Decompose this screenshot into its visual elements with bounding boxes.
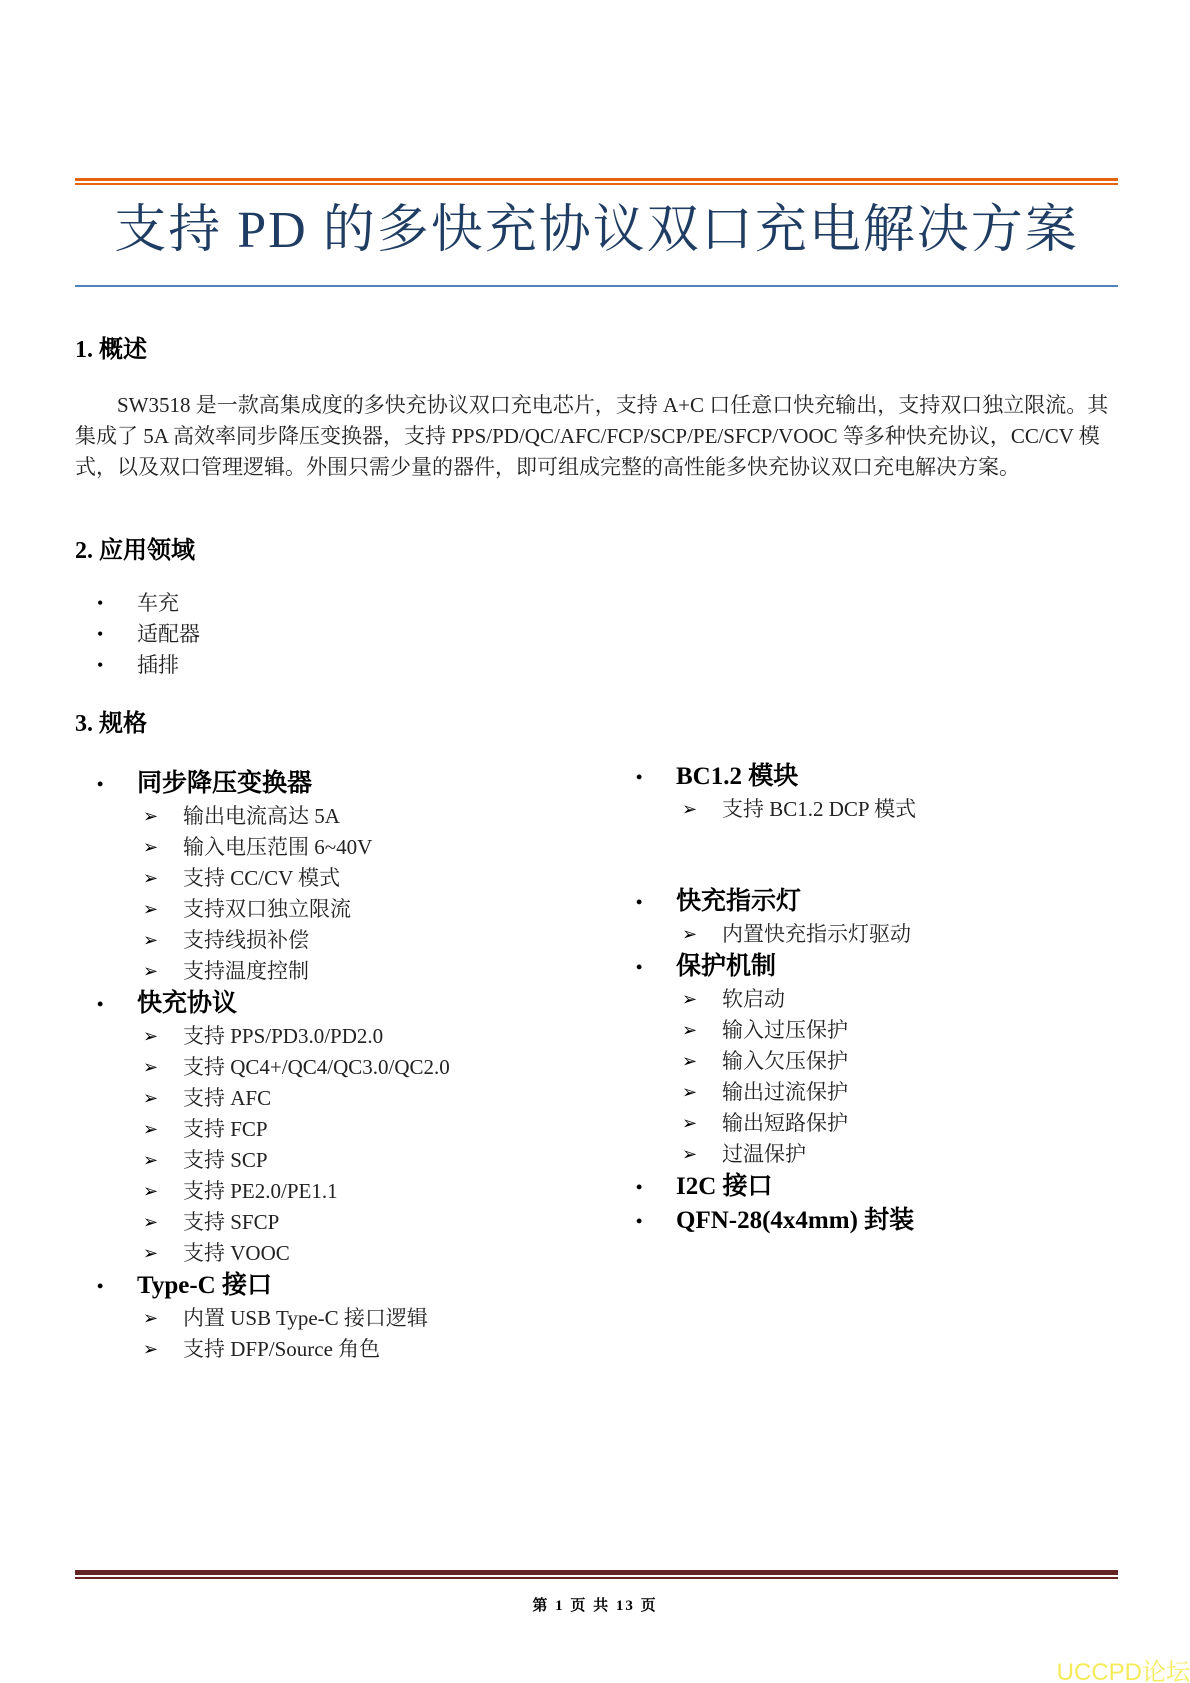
header-rule-thin	[75, 183, 1118, 185]
applications-list: •车充 •适配器 •插排	[97, 588, 497, 681]
bullet-icon: •	[636, 760, 642, 794]
arrow-bullet-icon: ➢	[143, 1176, 158, 1207]
section-heading-overview: 1. 概述	[75, 335, 147, 365]
title-underline	[75, 285, 1118, 287]
list-item: •适配器	[97, 619, 497, 650]
spec-group-package: •QFN-28(4x4mm) 封装	[636, 1204, 1116, 1238]
section-heading-specs: 3. 规格	[75, 709, 147, 739]
bullet-icon: •	[636, 950, 642, 984]
list-item: ➢支持 SCP	[97, 1145, 577, 1176]
spec-group-bc12: •BC1.2 模块	[636, 760, 1116, 794]
bullet-icon: •	[97, 987, 103, 1021]
spacer	[636, 825, 1116, 885]
spec-group-indicator: •快充指示灯	[636, 885, 1116, 919]
list-item: ➢过温保护	[636, 1139, 1116, 1170]
list-item: ➢支持 QC4+/QC4/QC3.0/QC2.0	[97, 1052, 577, 1083]
document-title: 支持 PD 的多快充协议双口充电解决方案	[75, 196, 1118, 266]
overview-text: SW3518 是一款高集成度的多快充协议双口充电芯片，支持 A+C 口任意口快充…	[75, 393, 1108, 479]
arrow-bullet-icon: ➢	[682, 919, 697, 950]
list-item: ➢内置快充指示灯驱动	[636, 919, 1116, 950]
page-number: 第 1 页 共 13 页	[0, 1594, 1190, 1615]
list-item: •车充	[97, 588, 497, 619]
list-item: ➢输入过压保护	[636, 1015, 1116, 1046]
arrow-bullet-icon: ➢	[143, 832, 158, 863]
list-item: ➢支持 FCP	[97, 1114, 577, 1145]
list-item: ➢输出过流保护	[636, 1077, 1116, 1108]
arrow-bullet-icon: ➢	[682, 1108, 697, 1139]
list-item: ➢支持 AFC	[97, 1083, 577, 1114]
list-item: ➢软启动	[636, 984, 1116, 1015]
arrow-bullet-icon: ➢	[682, 1139, 697, 1170]
watermark: UCCPD论坛	[1057, 1652, 1190, 1683]
list-item: ➢输入欠压保护	[636, 1046, 1116, 1077]
specs-left-column: •同步降压变换器 ➢输出电流高达 5A ➢输入电压范围 6~40V ➢支持 CC…	[97, 767, 577, 1365]
bullet-icon: •	[97, 650, 103, 681]
bullet-icon: •	[97, 1269, 103, 1303]
bullet-icon: •	[97, 619, 103, 650]
spec-group-buck: •同步降压变换器	[97, 767, 577, 801]
header-rule-thick	[75, 178, 1118, 181]
list-item: ➢支持 CC/CV 模式	[97, 863, 577, 894]
arrow-bullet-icon: ➢	[143, 801, 158, 832]
bullet-icon: •	[636, 885, 642, 919]
arrow-bullet-icon: ➢	[143, 1238, 158, 1269]
footer-rule-thin	[75, 1577, 1118, 1579]
arrow-bullet-icon: ➢	[143, 925, 158, 956]
overview-paragraph: SW3518 是一款高集成度的多快充协议双口充电芯片，支持 A+C 口任意口快充…	[75, 390, 1120, 483]
list-item: ➢输入电压范围 6~40V	[97, 832, 577, 863]
arrow-bullet-icon: ➢	[143, 863, 158, 894]
arrow-bullet-icon: ➢	[143, 1052, 158, 1083]
arrow-bullet-icon: ➢	[143, 1114, 158, 1145]
arrow-bullet-icon: ➢	[143, 1334, 158, 1365]
arrow-bullet-icon: ➢	[682, 1015, 697, 1046]
list-item: ➢支持温度控制	[97, 956, 577, 987]
specs-right-column: •BC1.2 模块 ➢支持 BC1.2 DCP 模式 •快充指示灯 ➢内置快充指…	[636, 760, 1116, 1238]
list-item: ➢内置 USB Type-C 接口逻辑	[97, 1303, 577, 1334]
list-item: ➢输出电流高达 5A	[97, 801, 577, 832]
spec-group-type-c: •Type-C 接口	[97, 1269, 577, 1303]
list-item: ➢支持线损补偿	[97, 925, 577, 956]
list-item: ➢输出短路保护	[636, 1108, 1116, 1139]
list-item: ➢支持双口独立限流	[97, 894, 577, 925]
bullet-icon: •	[636, 1204, 642, 1238]
footer-rule-thick	[75, 1570, 1118, 1575]
arrow-bullet-icon: ➢	[143, 1021, 158, 1052]
arrow-bullet-icon: ➢	[682, 794, 697, 825]
spec-group-i2c: •I2C 接口	[636, 1170, 1116, 1204]
list-item: ➢支持 DFP/Source 角色	[97, 1334, 577, 1365]
list-item: ➢支持 PPS/PD3.0/PD2.0	[97, 1021, 577, 1052]
bullet-icon: •	[97, 767, 103, 801]
arrow-bullet-icon: ➢	[682, 984, 697, 1015]
bullet-icon: •	[636, 1170, 642, 1204]
arrow-bullet-icon: ➢	[143, 1207, 158, 1238]
spec-group-fast-charge: •快充协议	[97, 987, 577, 1021]
list-item: ➢支持 SFCP	[97, 1207, 577, 1238]
arrow-bullet-icon: ➢	[143, 1083, 158, 1114]
list-item: ➢支持 PE2.0/PE1.1	[97, 1176, 577, 1207]
arrow-bullet-icon: ➢	[143, 1303, 158, 1334]
section-heading-applications: 2. 应用领域	[75, 536, 195, 566]
spec-group-protection: •保护机制	[636, 950, 1116, 984]
list-item: ➢支持 VOOC	[97, 1238, 577, 1269]
arrow-bullet-icon: ➢	[143, 956, 158, 987]
bullet-icon: •	[97, 588, 103, 619]
list-item: ➢支持 BC1.2 DCP 模式	[636, 794, 1116, 825]
arrow-bullet-icon: ➢	[682, 1046, 697, 1077]
list-item: •插排	[97, 650, 497, 681]
arrow-bullet-icon: ➢	[682, 1077, 697, 1108]
arrow-bullet-icon: ➢	[143, 894, 158, 925]
arrow-bullet-icon: ➢	[143, 1145, 158, 1176]
